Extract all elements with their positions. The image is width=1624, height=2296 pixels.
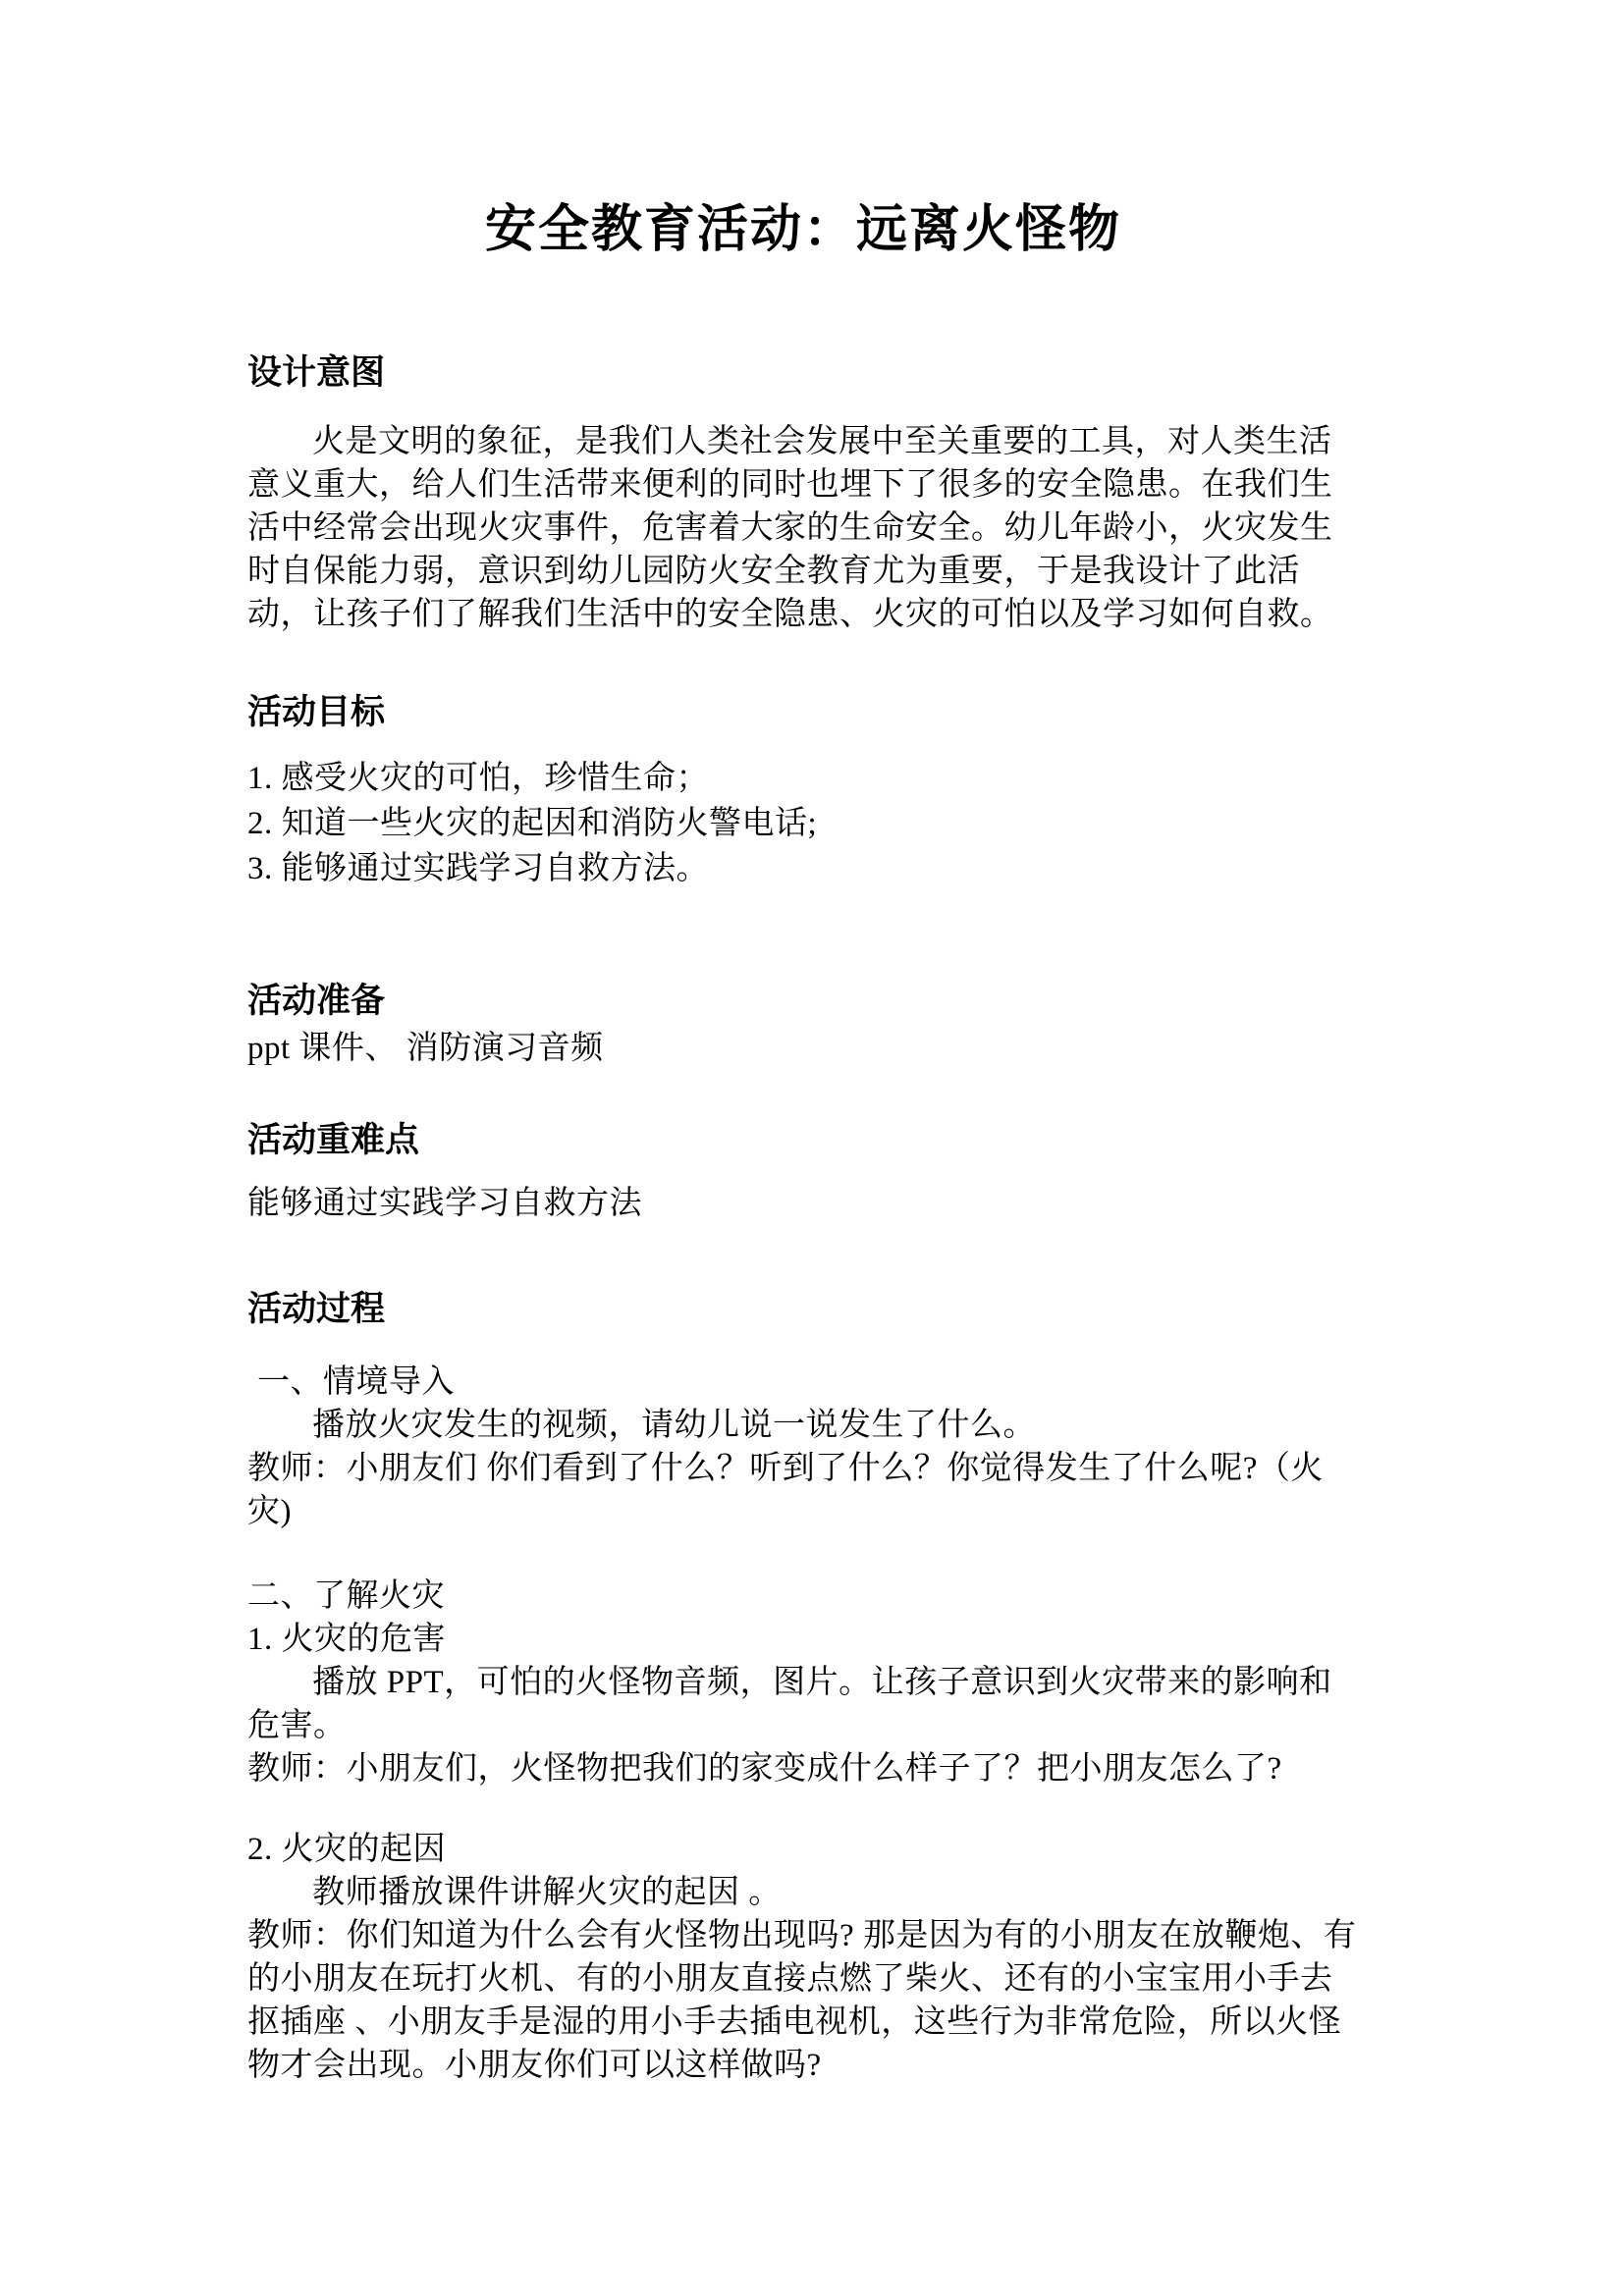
process-part2-sub1-teacher-line: 教师：小朋友们，火怪物把我们的家变成什么样子了？把小朋友怎么了? — [247, 1747, 1359, 1790]
goals-list: 1. 感受火灾的可怕，珍惜生命； 2. 知道一些火灾的起因和消防火警电话; 3.… — [247, 756, 1359, 891]
key-difficulty-heading: 活动重难点 — [247, 1119, 1359, 1162]
process-part1-teacher-line: 教师：小朋友们 你们看到了什么？听到了什么？你觉得发生了什么呢?（火灾) — [247, 1447, 1359, 1533]
process-part2-sub2-teacher-line: 教师：你们知道为什么会有火怪物出现吗? 那是因为有的小朋友在放鞭炮、有的小朋友在… — [247, 1914, 1359, 2087]
document-page: 安全教育活动：远离火怪物 设计意图 火是文明的象征，是我们人类社会发展中至关重要… — [0, 0, 1624, 2296]
process-part2-sub2-title: 2. 火灾的起因 — [247, 1828, 1359, 1871]
section-goals: 活动目标 1. 感受火灾的可怕，珍惜生命； 2. 知道一些火灾的起因和消防火警电… — [247, 691, 1359, 891]
process-part2-sub2-intro: 教师播放课件讲解火灾的起因 。 — [247, 1871, 1359, 1914]
document-title: 安全教育活动：远离火怪物 — [247, 198, 1359, 261]
preparation-heading: 活动准备 — [247, 980, 1359, 1023]
preparation-paragraph: ppt 课件、 消防演习音频 — [247, 1027, 1359, 1070]
process-part2-title: 二、了解火灾 — [247, 1575, 1359, 1618]
goal-item-2: 2. 知道一些火灾的起因和消防火警电话; — [247, 801, 1359, 846]
process-part2-sub1-title: 1. 火灾的危害 — [247, 1618, 1359, 1661]
process-part1-title: 一、情境导入 — [247, 1361, 1359, 1404]
design-intent-paragraph: 火是文明的象征，是我们人类社会发展中至关重要的工具，对人类生活意义重大，给人们生… — [247, 420, 1359, 636]
section-key-difficulty: 活动重难点 能够通过实践学习自救方法 — [247, 1119, 1359, 1225]
section-design-intent: 设计意图 火是文明的象征，是我们人类社会发展中至关重要的工具，对人类生活意义重大… — [247, 351, 1359, 636]
process-heading: 活动过程 — [247, 1288, 1359, 1331]
design-intent-heading: 设计意图 — [247, 351, 1359, 395]
process-part2-sub1-intro: 播放 PPT，可怕的火怪物音频，图片。让孩子意识到火灾带来的影响和危害。 — [247, 1661, 1359, 1747]
section-preparation: 活动准备 ppt 课件、 消防演习音频 — [247, 980, 1359, 1070]
key-difficulty-paragraph: 能够通过实践学习自救方法 — [247, 1182, 1359, 1225]
process-part1-intro: 播放火灾发生的视频，请幼儿说一说发生了什么。 — [247, 1404, 1359, 1447]
goals-heading: 活动目标 — [247, 691, 1359, 734]
goal-item-3: 3. 能够通过实践学习自救方法。 — [247, 846, 1359, 891]
section-process: 活动过程 一、情境导入 播放火灾发生的视频，请幼儿说一说发生了什么。 教师：小朋… — [247, 1288, 1359, 2087]
goal-item-1: 1. 感受火灾的可怕，珍惜生命； — [247, 756, 1359, 801]
